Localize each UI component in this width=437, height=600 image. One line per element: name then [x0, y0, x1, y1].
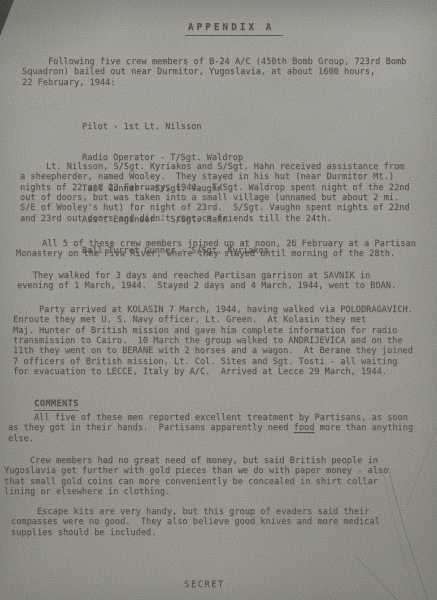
crew-list-item: Pilot - 1st Lt. Nilsson	[82, 122, 269, 132]
comments-paragraph-treatment: All five of these men reported excellent…	[8, 413, 413, 444]
comments-paragraph-money: Crew members had no great need of money,…	[4, 456, 388, 497]
underlined-word-food: food	[294, 423, 315, 433]
typed-text-layer: APPENDIX A Following five crew members o…	[0, 0, 437, 600]
classification-footer: SECRET	[0, 580, 423, 590]
intro-paragraph: Following five crew members of B-24 A/C …	[22, 57, 406, 88]
narrative-paragraph-monastery: All 5 of these crew members joined up at…	[16, 239, 416, 260]
comments-heading-text: COMMENTS	[34, 399, 79, 411]
narrative-paragraph-savnik: They walked for 3 days and reached Parti…	[17, 271, 396, 292]
appendix-title: APPENDIX A	[0, 13, 437, 47]
appendix-title-text: APPENDIX A	[185, 23, 283, 36]
narrative-paragraph-assistance: Lt. Nilsson, S/Sgt. Kyriakos and S/Sgt. …	[20, 162, 410, 224]
narrative-paragraph-kolasin: Party arrived at KOLASIN 7 March, 1944, …	[13, 305, 413, 377]
comments-paragraph-escape-kits: Escape kits are very handy, but this gro…	[11, 507, 380, 538]
document-page: APPENDIX A Following five crew members o…	[0, 0, 437, 600]
